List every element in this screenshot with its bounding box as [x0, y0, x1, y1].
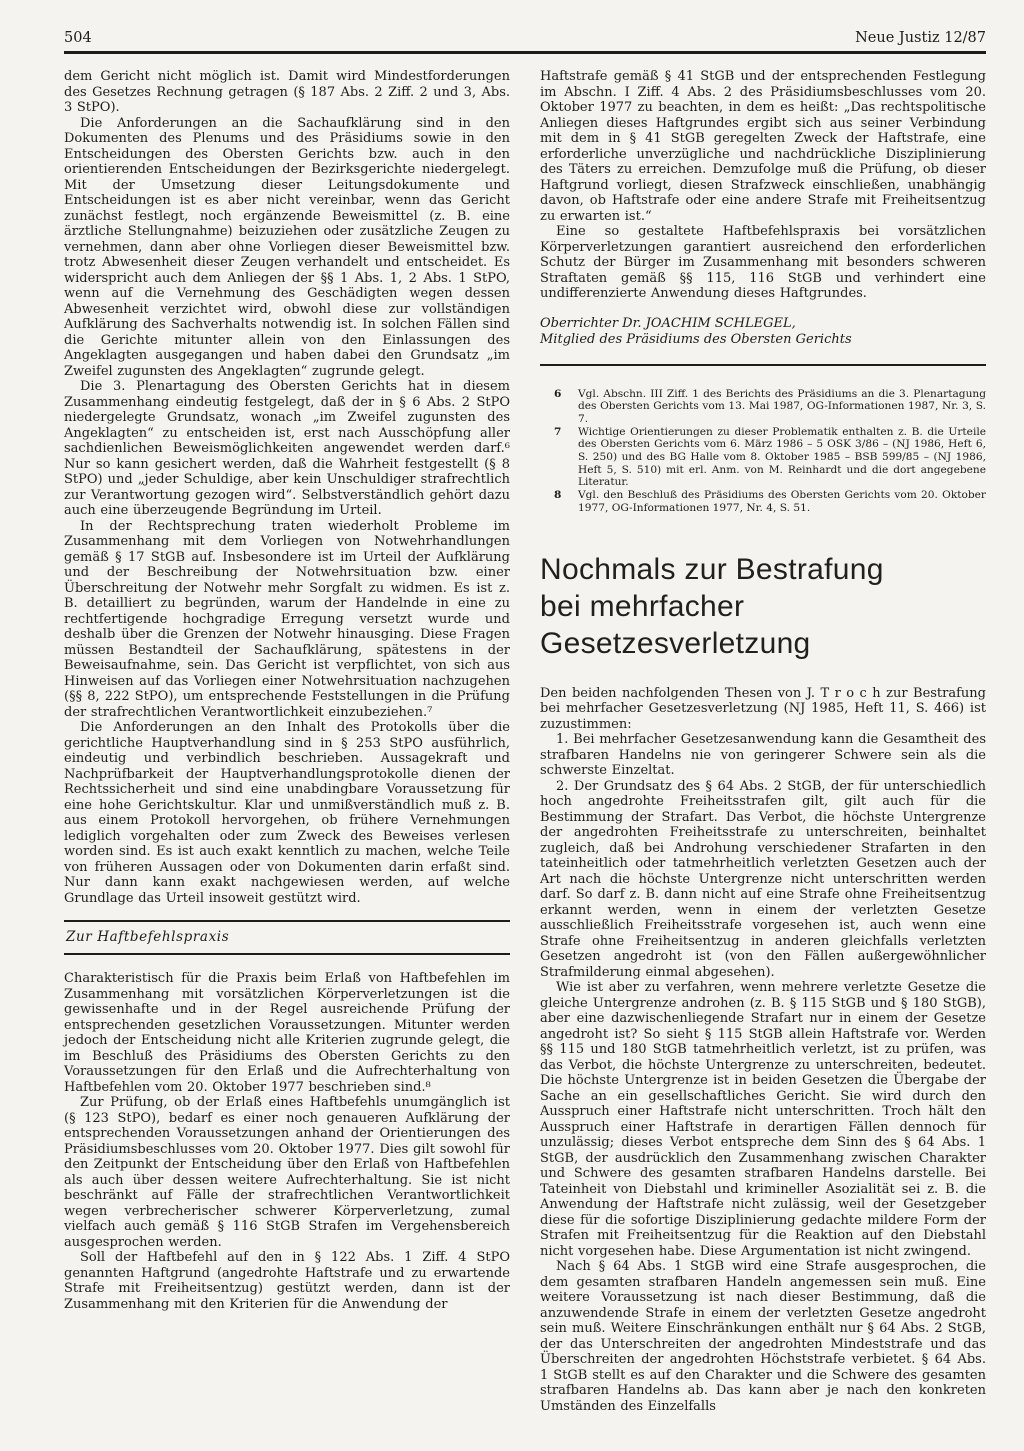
article1-left-text-a: dem Gericht nicht möglich ist. Damit wir… — [64, 69, 510, 906]
author-signature: Oberrichter Dr. JOACHIM SCHLEGEL, Mitgli… — [540, 316, 986, 349]
left-column: dem Gericht nicht möglich ist. Damit wir… — [64, 69, 510, 1414]
footnote: 8 Vgl. den Beschluß des Präsidiums des O… — [554, 489, 986, 514]
article1-right-text: Haftstrafe gemäß § 41 StGB und der entsp… — [540, 69, 986, 302]
footnote-number: 8 — [554, 489, 578, 514]
paragraph: Zur Prüfung, ob der Erlaß eines Haftbefe… — [64, 1095, 510, 1250]
paragraph: Die Anforderungen an die Sachaufklärung … — [64, 116, 510, 380]
paragraph: Die 3. Plenartagung des Obersten Gericht… — [64, 379, 510, 519]
author-role: Mitglied des Präsidiums des Obersten Ger… — [540, 332, 986, 349]
footnote-number: 6 — [554, 388, 578, 426]
two-column-layout: dem Gericht nicht möglich ist. Damit wir… — [64, 69, 986, 1414]
paragraph: Charakteristisch für die Praxis beim Erl… — [64, 971, 510, 1095]
paragraph: Wie ist aber zu verfahren, wenn mehrere … — [540, 980, 986, 1259]
paragraph: dem Gericht nicht möglich ist. Damit wir… — [64, 69, 510, 116]
paragraph: Eine so gestaltete Haftbefehlspraxis bei… — [540, 224, 986, 302]
right-column: Haftstrafe gemäß § 41 StGB und der entsp… — [540, 69, 986, 1414]
journal-title: Neue Justiz 12/87 — [855, 30, 986, 46]
author-name: Oberrichter Dr. JOACHIM SCHLEGEL, — [540, 316, 986, 333]
footnote-number: 7 — [554, 426, 578, 490]
article2-title-line2: bei mehrfacher Gesetzesverletzung — [540, 588, 986, 662]
paragraph: 1. Bei mehrfacher Gesetzesanwendung kann… — [540, 732, 986, 779]
footnote-block: 6 Vgl. Abschn. III Ziff. 1 des Berichts … — [540, 364, 986, 515]
paragraph: Soll der Haftbefehl auf den in § 122 Abs… — [64, 1250, 510, 1312]
footnote-text: Vgl. Abschn. III Ziff. 1 des Berichts de… — [578, 388, 986, 426]
article1-left-text-b: Charakteristisch für die Praxis beim Erl… — [64, 971, 510, 1312]
article2-title-line1: Nochmals zur Bestrafung — [540, 551, 986, 588]
paragraph: Nach § 64 Abs. 1 StGB wird eine Strafe a… — [540, 1259, 986, 1414]
footnote-text: Wichtige Orientierungen zu dieser Proble… — [578, 426, 986, 490]
paragraph: Haftstrafe gemäß § 41 StGB und der entsp… — [540, 69, 986, 224]
footnote: 7 Wichtige Orientierungen zu dieser Prob… — [554, 426, 986, 490]
journal-page: 504 Neue Justiz 12/87 dem Gericht nicht … — [0, 0, 1024, 1451]
paragraph: Den beiden nachfolgenden Thesen von J. T… — [540, 686, 986, 733]
page-number: 504 — [64, 30, 92, 46]
article2-text: Den beiden nachfolgenden Thesen von J. T… — [540, 686, 986, 1415]
footnote-text: Vgl. den Beschluß des Präsidiums des Obe… — [578, 489, 986, 514]
footnote: 6 Vgl. Abschn. III Ziff. 1 des Berichts … — [554, 388, 986, 426]
article2-title: Nochmals zur Bestrafung bei mehrfacher G… — [540, 551, 986, 662]
paragraph: Die Anforderungen an den Inhalt des Prot… — [64, 720, 510, 906]
running-head: 504 Neue Justiz 12/87 — [64, 30, 986, 54]
section-heading-haftbefehlspraxis: Zur Haftbefehlspraxis — [64, 920, 510, 955]
paragraph: In der Rechtsprechung traten wiederholt … — [64, 519, 510, 721]
paragraph: 2. Der Grundsatz des § 64 Abs. 2 StGB, d… — [540, 779, 986, 981]
